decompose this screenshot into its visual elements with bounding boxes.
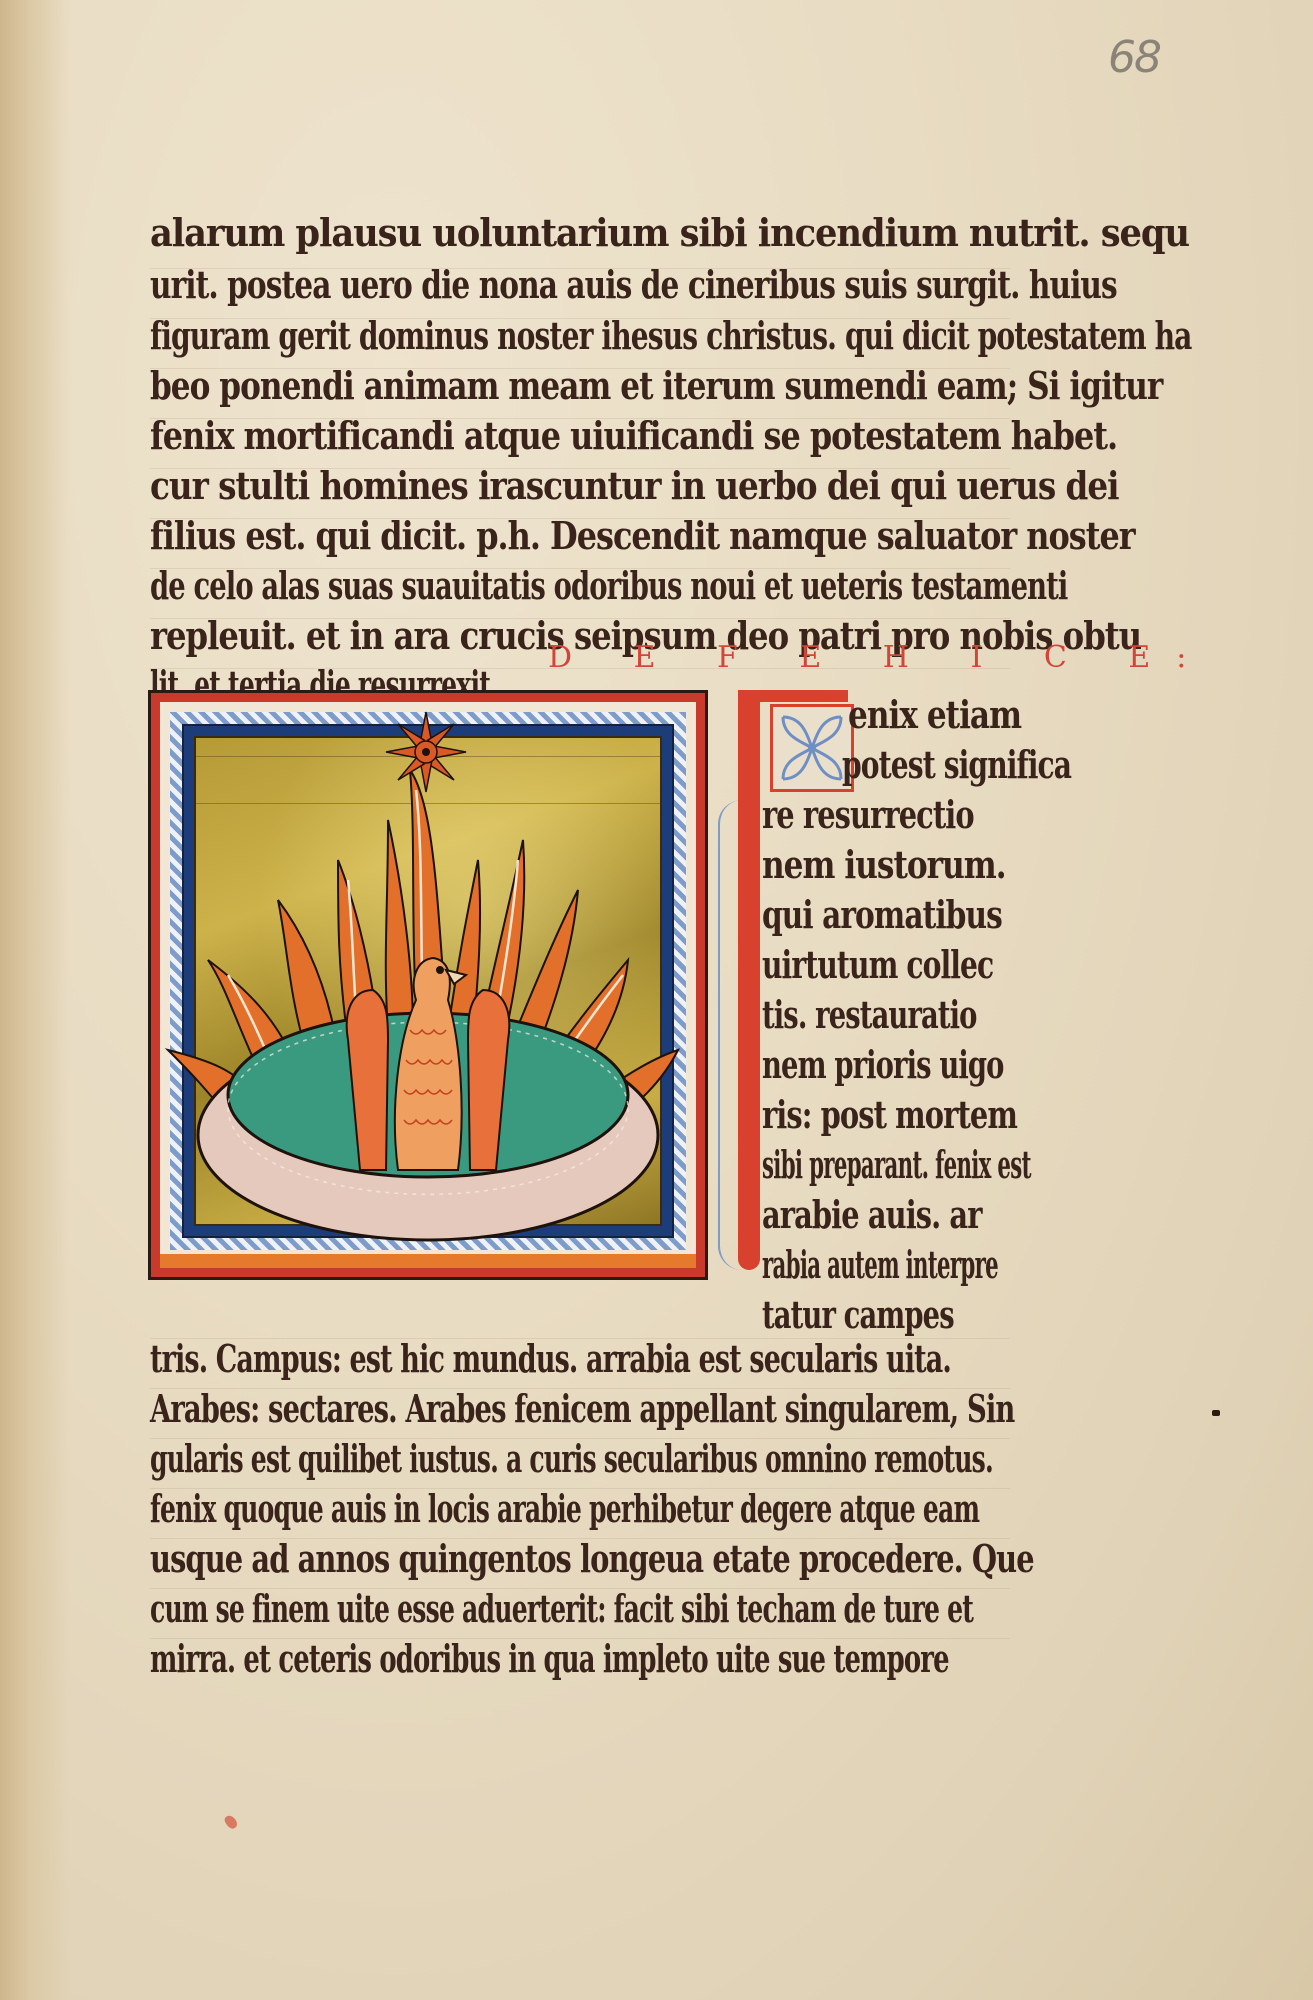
text-line: Arabes: sectares. Arabes fenicem appella… bbox=[150, 1386, 1014, 1432]
binding-gutter-shadow bbox=[0, 0, 70, 2000]
text-line: fenix mortificandi atque uiuificandi se … bbox=[150, 413, 1117, 459]
text-line: qui aromatibus bbox=[762, 892, 1002, 938]
rubric-annotation: D E F E H I C E: bbox=[548, 640, 1212, 675]
text-line: re resurrectio bbox=[762, 792, 974, 838]
text-line: cum se finem uite esse aduerterit: facit… bbox=[150, 1586, 973, 1632]
text-line: mirra. et ceteris odoribus in qua implet… bbox=[150, 1636, 949, 1682]
text-line: tatur campes bbox=[762, 1292, 954, 1338]
text-line: arabie auis. ar bbox=[762, 1192, 982, 1238]
text-line: beo ponendi animam meam et iterum sumend… bbox=[150, 363, 1162, 409]
text-line: sibi preparant. fenix est bbox=[762, 1142, 1031, 1188]
text-line: ris: post mortem bbox=[762, 1092, 1017, 1138]
text-line: urit. postea uero die nona auis de ciner… bbox=[150, 262, 1117, 308]
text-line: filius est. qui dicit. p.h. Descendit na… bbox=[150, 513, 1135, 559]
text-line: enix etiam bbox=[848, 692, 1021, 738]
text-line: uirtutum collec bbox=[762, 942, 993, 988]
text-line: fenix quoque auis in locis arabie perhib… bbox=[150, 1486, 979, 1532]
text-line: rabia autem interpre bbox=[762, 1242, 998, 1288]
phoenix-bird-icon bbox=[347, 958, 510, 1170]
text-line: usque ad annos quingentos longeua etate … bbox=[150, 1536, 1034, 1582]
text-line: nem iustorum. bbox=[762, 842, 1006, 888]
phoenix-illustration bbox=[148, 690, 708, 1280]
folio-number: 68 bbox=[1108, 32, 1160, 83]
text-line: alarum plausu uoluntarium sibi incendium… bbox=[150, 210, 1189, 256]
text-line: cur stulti homines irascuntur in uerbo d… bbox=[150, 463, 1119, 509]
sun-icon bbox=[386, 712, 466, 792]
text-line: de celo alas suas suauitatis odoribus no… bbox=[150, 563, 1067, 609]
text-line: potest significa bbox=[842, 742, 1071, 788]
text-line: nem prioris uigo bbox=[762, 1042, 1004, 1088]
red-pigment-spot bbox=[223, 1813, 239, 1830]
text-line: tis. restauratio bbox=[762, 992, 977, 1038]
initial-stem bbox=[738, 690, 760, 1270]
text-line: figuram gerit dominus noster ihesus chri… bbox=[150, 313, 1191, 359]
text-line: tris. Campus: est hic mundus. arrabia es… bbox=[150, 1336, 951, 1382]
text-line: gularis est quilibet iustus. a curis sec… bbox=[150, 1436, 993, 1482]
initial-crossbar bbox=[738, 690, 848, 702]
foliate-ornament-icon bbox=[773, 707, 851, 789]
phoenix-miniature bbox=[148, 690, 708, 1280]
ink-spot bbox=[1212, 1410, 1220, 1416]
